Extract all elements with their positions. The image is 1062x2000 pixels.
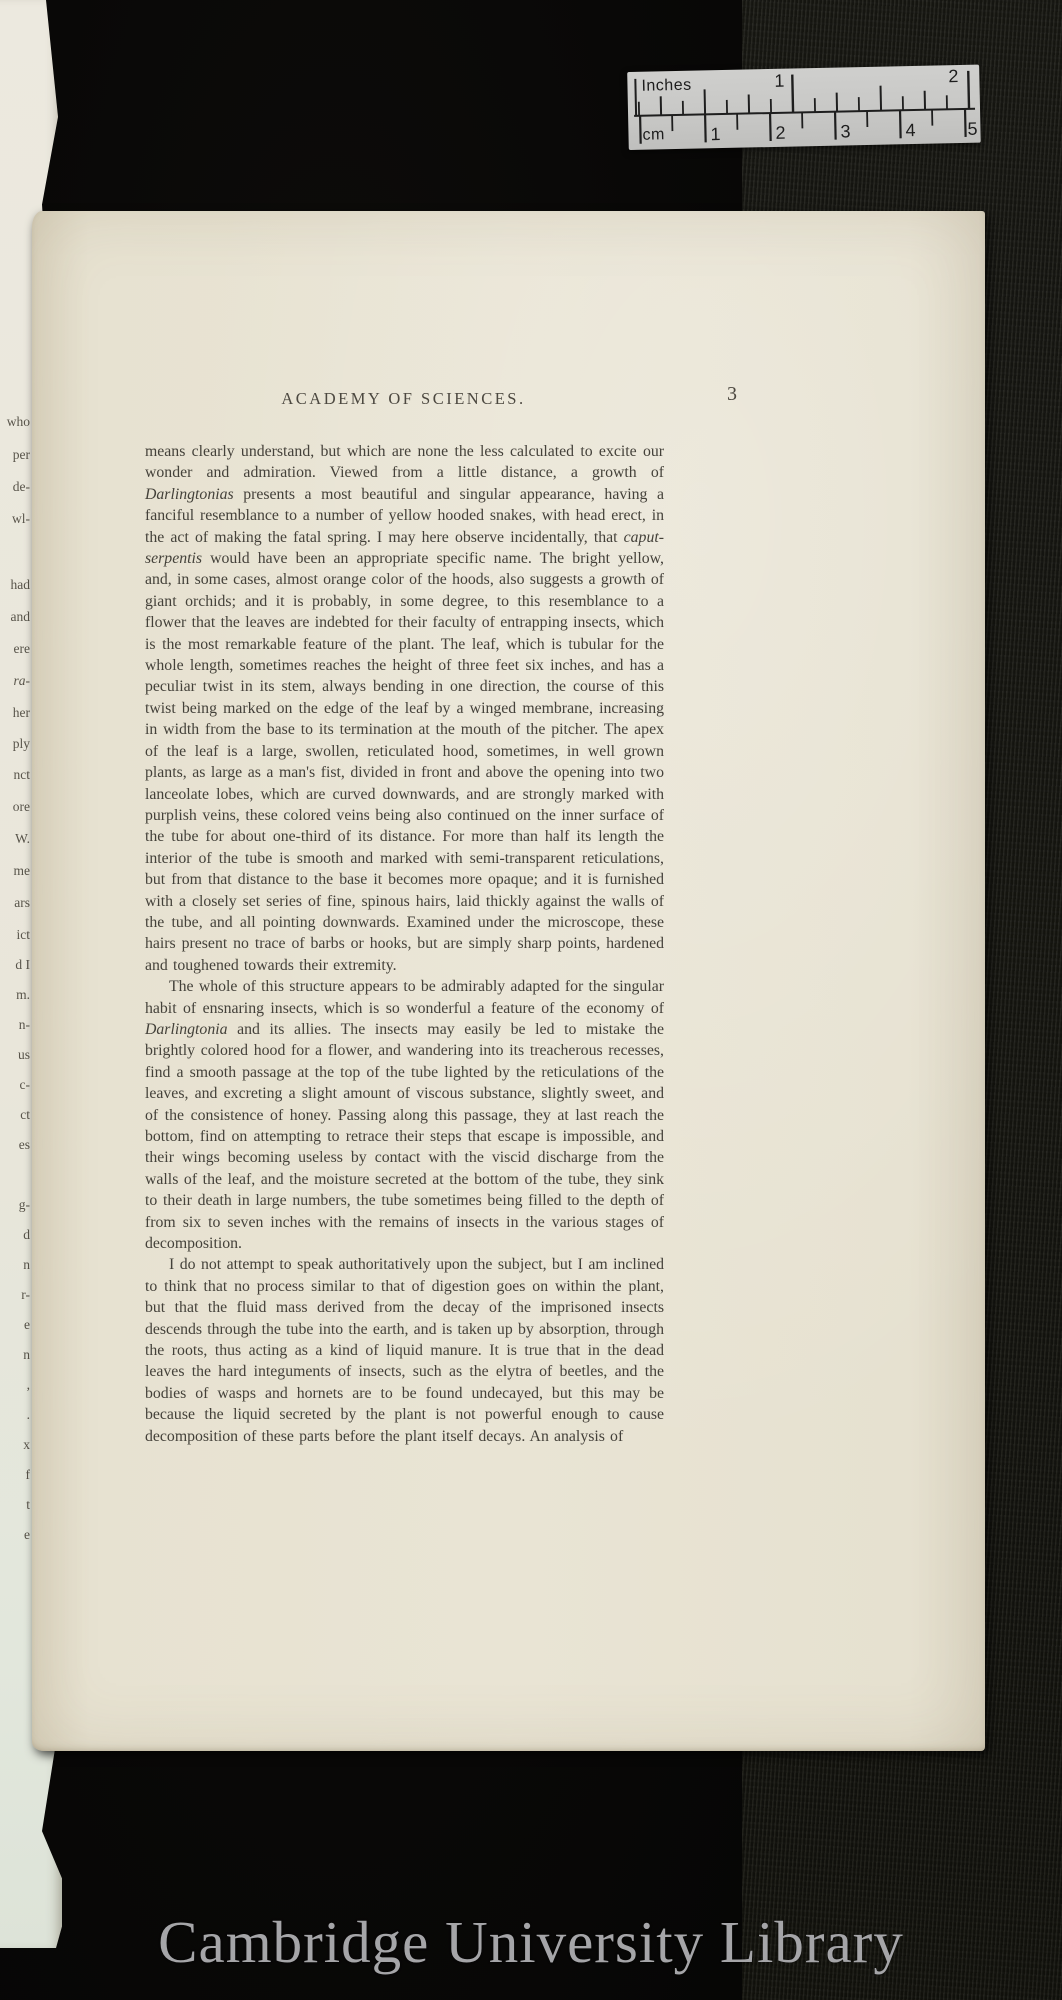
ruler-cm-2: 2 [775, 123, 785, 144]
edge-text-fragment: e [0, 1318, 30, 1332]
edge-text-fragment: r- [0, 1288, 30, 1302]
edge-text-fragment: n [0, 1348, 30, 1362]
paragraph-1: means clearly understand, but which are … [145, 441, 664, 976]
page-body-text: means clearly understand, but which are … [145, 441, 664, 1447]
edge-text-fragment: e [0, 1528, 30, 1542]
edge-text-fragment: x [0, 1438, 30, 1452]
edge-text-fragment: m. [0, 988, 30, 1002]
edge-text-fragment: n [0, 1258, 30, 1272]
running-head: ACADEMY OF SCIENCES. [145, 389, 662, 409]
edge-text-fragment: wl- [0, 512, 30, 526]
scanned-book-page: ACADEMY OF SCIENCES. 3 means clearly und… [32, 211, 985, 1751]
ruler-cm-3: 3 [840, 121, 850, 142]
ruler-cm-1: 1 [710, 124, 720, 145]
edge-text-fragment: g- [0, 1198, 30, 1212]
ruler-inch-1: 1 [774, 71, 784, 92]
edge-text-fragment: d I [0, 958, 30, 972]
edge-text-fragment: t [0, 1498, 30, 1512]
photographic-scale-ruler: Inches 1 2 cm 1 2 3 4 5 [627, 65, 981, 150]
ruler-inch-2: 2 [948, 66, 958, 87]
edge-text-fragment: her [0, 706, 30, 720]
edge-text-fragment: ore [0, 800, 30, 814]
edge-text-fragment: and [0, 610, 30, 624]
edge-text-fragment: c- [0, 1078, 30, 1092]
library-watermark: Cambridge University Library [0, 1908, 1062, 1977]
edge-text-fragment: ere [0, 642, 30, 656]
paragraph-2-text: and its allies. The insects may easily b… [145, 1021, 664, 1252]
edge-text-fragment: d [0, 1228, 30, 1242]
edge-text-fragment: nct [0, 768, 30, 782]
page-number: 3 [727, 383, 737, 406]
latin-name-darlingtonias: Darlingtonias [145, 486, 234, 503]
edge-text-fragment: had [0, 578, 30, 592]
edge-text-fragment: W. [0, 832, 30, 846]
ruler-cm-4: 4 [905, 120, 915, 141]
edge-text-fragment: ict [0, 928, 30, 942]
edge-text-fragment: ct [0, 1108, 30, 1122]
edge-text-fragment: us [0, 1048, 30, 1062]
paragraph-2-text: The whole of this structure appears to b… [145, 978, 664, 1016]
paragraph-1-text: would have been an appropriate specific … [145, 550, 664, 974]
edge-text-fragment: es [0, 1138, 30, 1152]
paragraph-3: I do not attempt to speak authoritativel… [145, 1254, 664, 1447]
latin-name-darlingtonia: Darlingtonia [145, 1021, 228, 1038]
edge-text-fragment: ra- [0, 674, 30, 688]
ruler-cm-label: cm [642, 126, 665, 144]
facing-page-text-fragments: whoperde-wl-hadanderera-herplynctoreW.me… [0, 0, 34, 1948]
ruler-cm-5: 5 [967, 119, 977, 140]
edge-text-fragment: ply [0, 737, 30, 751]
edge-text-fragment: f [0, 1468, 30, 1482]
edge-text-fragment: me [0, 864, 30, 878]
paragraph-1-text: means clearly understand, but which are … [145, 443, 664, 481]
edge-text-fragment: who [0, 415, 30, 429]
edge-text-fragment: de- [0, 480, 30, 494]
edge-text-fragment: . [0, 1408, 30, 1422]
ruler-inches-label: Inches [641, 77, 692, 96]
edge-text-fragment: , [0, 1378, 30, 1392]
edge-text-fragment: per [0, 448, 30, 462]
edge-text-fragment: n- [0, 1018, 30, 1032]
edge-text-fragment: ars [0, 896, 30, 910]
paragraph-2: The whole of this structure appears to b… [145, 976, 664, 1254]
